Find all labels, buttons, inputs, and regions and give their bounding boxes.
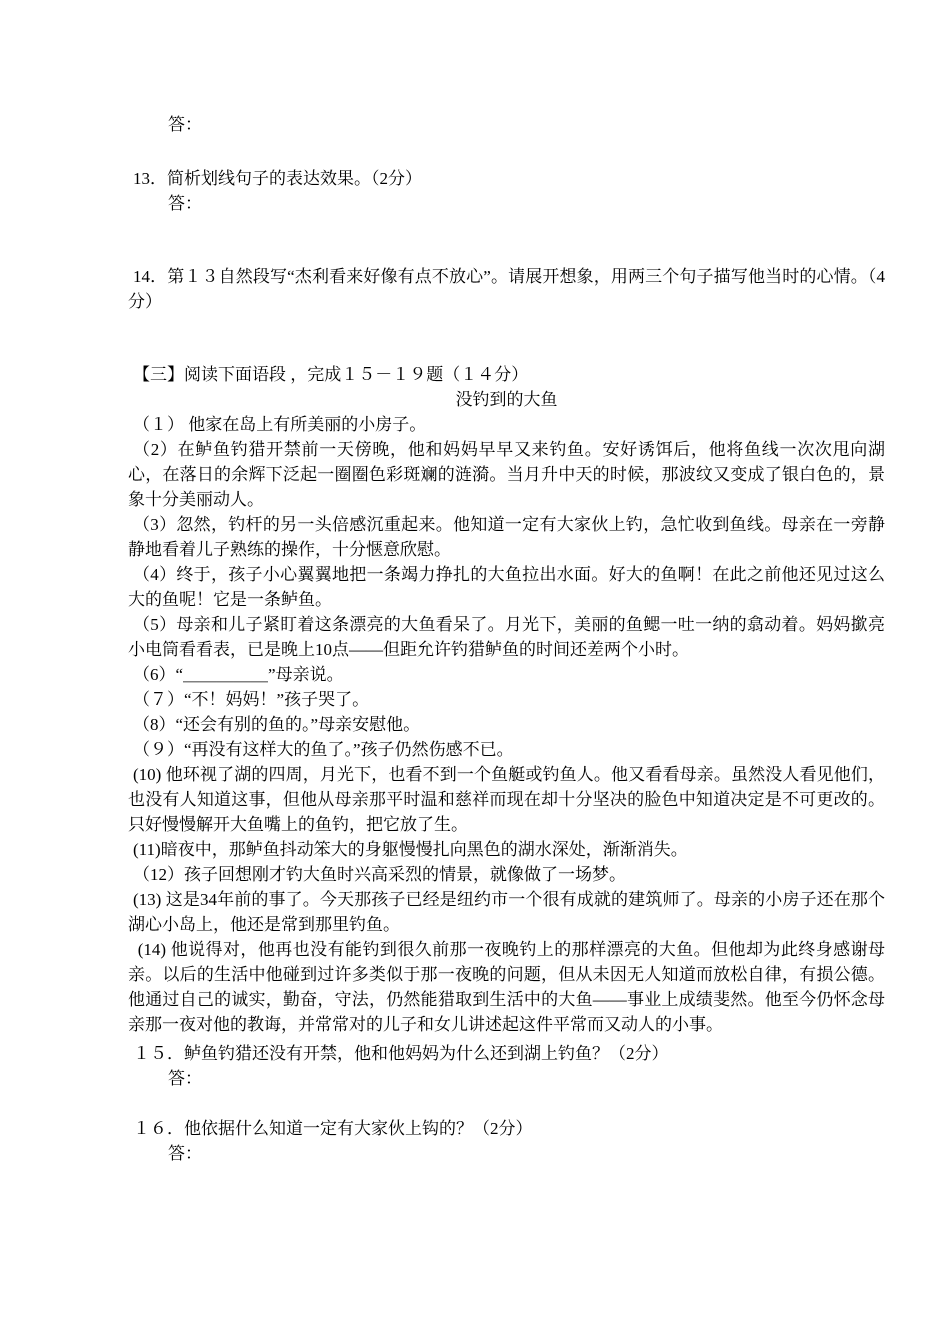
passage-paragraph-8: （8）“还会有别的鱼的。”母亲安慰他。 — [128, 712, 885, 737]
passage-paragraph-9: （９）“再没有这样大的鱼了。”孩子仍然伤感不已。 — [128, 737, 885, 762]
answer-label-15: 答： — [128, 1066, 885, 1091]
document-content: 答： 13．简析划线句子的表达效果。（2分） 答： 14．第１３自然段写“杰利看… — [128, 112, 885, 1166]
passage-title: 没钓到的大鱼 — [128, 387, 885, 412]
passage-paragraph-14: (14) 他说得对，他再也没有能钓到很久前那一夜晚钓上的那样漂亮的大鱼。但他却为… — [128, 937, 885, 1037]
question-15: １５．鲈鱼钓猎还没有开禁，他和他妈妈为什么还到湖上钓鱼？（2分） — [128, 1041, 885, 1066]
passage-paragraph-11: (11)暗夜中，那鲈鱼抖动笨大的身躯慢慢扎向黑色的湖水深处，渐渐消失。 — [128, 837, 885, 862]
passage-paragraph-3: （3）忽然，钓杆的另一头倍感沉重起来。他知道一定有大家伙上钓，急忙收到鱼线。母亲… — [128, 512, 885, 562]
passage-paragraph-13: (13) 这是34年前的事了。今天那孩子已经是纽约市一个很有成就的建筑师了。母亲… — [128, 887, 885, 937]
question-14: 14．第１３自然段写“杰利看来好像有点不放心”。请展开想象，用两三个句子描写他当… — [128, 264, 885, 314]
document-page: 答： 13．简析划线句子的表达效果。（2分） 答： 14．第１３自然段写“杰利看… — [0, 0, 950, 1344]
answer-label-13: 答： — [128, 191, 885, 216]
passage-paragraph-5: （5）母亲和儿子紧盯着这条漂亮的大鱼看呆了。月光下，美丽的鱼鳃一吐一纳的翕动着。… — [128, 612, 885, 662]
passage-paragraph-4: （4）终于，孩子小心翼翼地把一条竭力挣扎的大鱼拉出水面。好大的鱼啊！在此之前他还… — [128, 562, 885, 612]
passage-paragraph-10: (10) 他环视了湖的四周，月光下，也看不到一个鱼艇或钓鱼人。他又看看母亲。虽然… — [128, 762, 885, 837]
passage-paragraph-12: （12）孩子回想刚才钓大鱼时兴高采烈的情景，就像做了一场梦。 — [128, 862, 885, 887]
question-13: 13．简析划线句子的表达效果。（2分） — [128, 166, 885, 191]
answer-label-top: 答： — [128, 112, 885, 137]
passage-paragraph-2: （2）在鲈鱼钓猎开禁前一天傍晚，他和妈妈早早又来钓鱼。安好诱饵后，他将鱼线一次次… — [128, 437, 885, 512]
answer-label-16: 答： — [128, 1141, 885, 1166]
passage-paragraph-1: （１） 他家在岛上有所美丽的小房子。 — [128, 412, 885, 437]
section-3-header: 【三】阅读下面语段 ，完成１５－１９题（１４分） — [128, 362, 885, 387]
passage-paragraph-7: （７）“不！妈妈！”孩子哭了。 — [128, 687, 885, 712]
question-16: １６．他依据什么知道一定有大家伙上钩的？（2分） — [128, 1116, 885, 1141]
passage-paragraph-6-with-blank: （6）“＿＿＿＿＿”母亲说。 — [128, 662, 885, 687]
